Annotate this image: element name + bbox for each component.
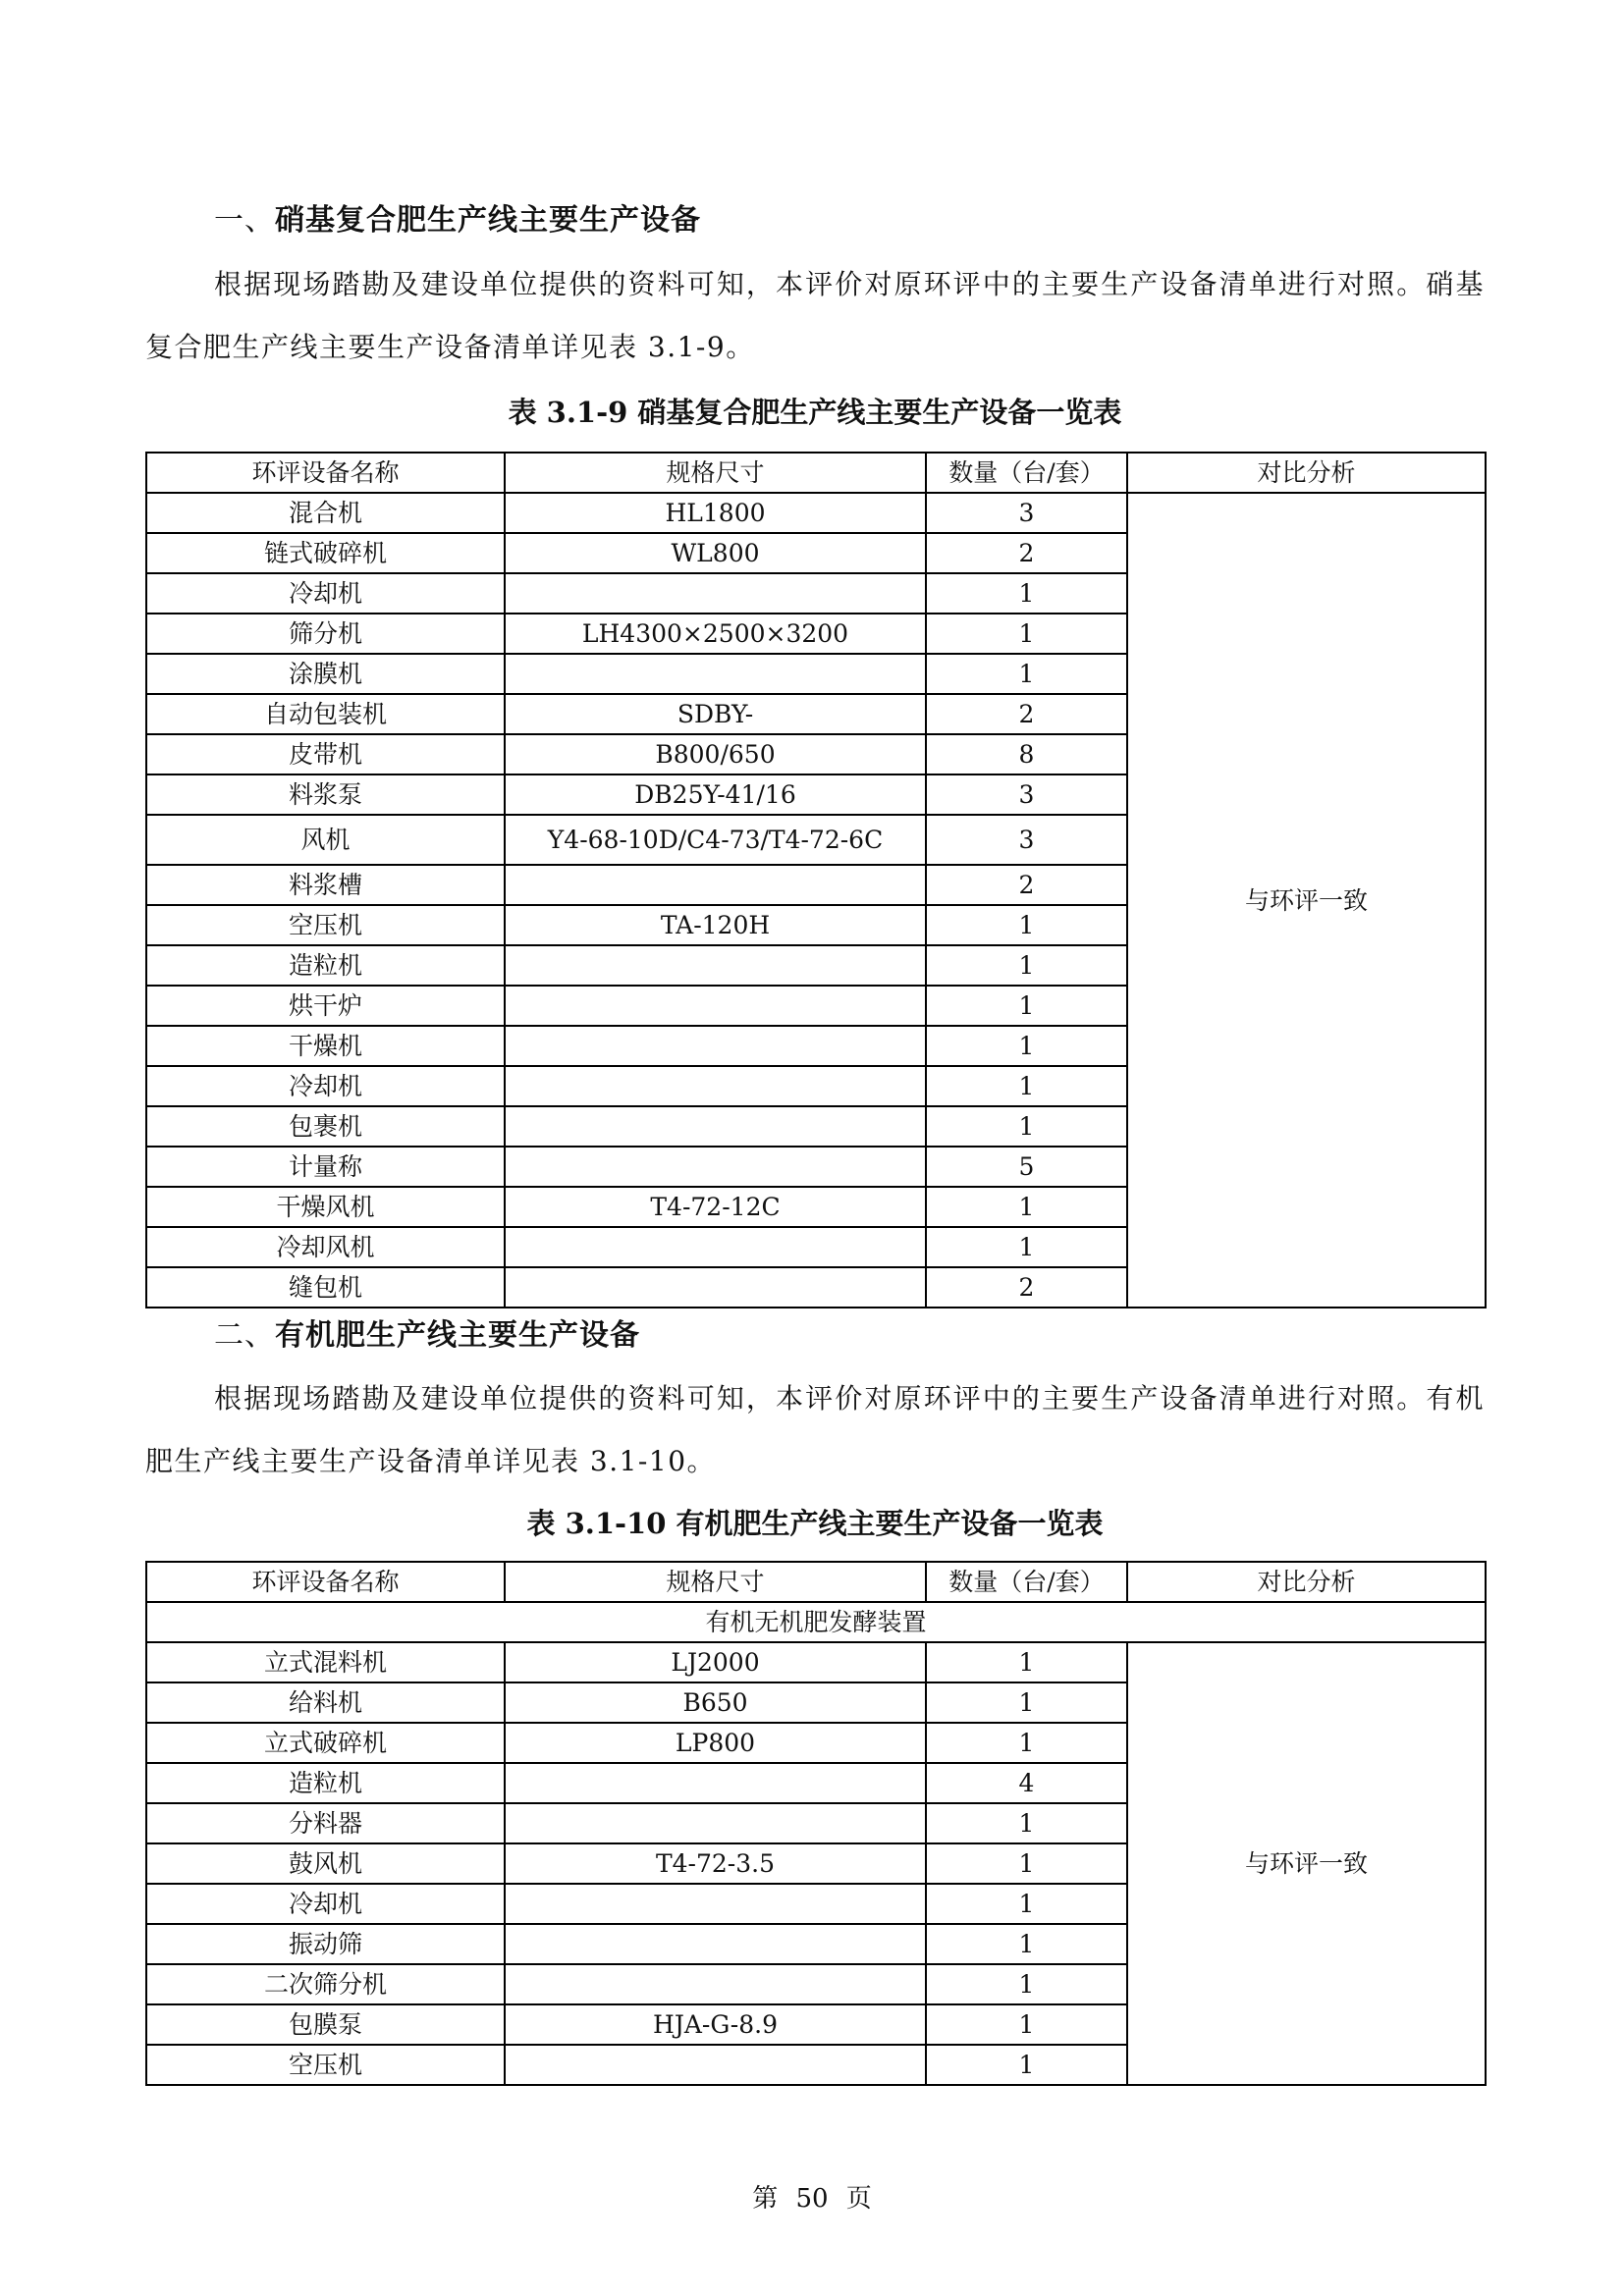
quantity-cell: 1	[926, 1187, 1127, 1227]
header-specification: 规格尺寸	[505, 1562, 926, 1602]
table-2-equipment: 环评设备名称 规格尺寸 数量（台/套） 对比分析 有机无机肥发酵装置 立式混料机…	[145, 1561, 1487, 2086]
table-1-caption: 表 3.1-9 硝基复合肥生产线主要生产设备一览表	[145, 393, 1485, 432]
quantity-cell: 1	[926, 1884, 1127, 1924]
specification-cell: HJA-G-8.9	[505, 2004, 926, 2045]
specification-cell: LP800	[505, 1723, 926, 1763]
specification-cell	[505, 1227, 926, 1267]
section-1-number: 一、	[214, 203, 275, 238]
group-label: 有机无机肥发酵装置	[146, 1602, 1486, 1642]
header-quantity: 数量（台/套）	[926, 453, 1127, 493]
equipment-name-cell: 料浆槽	[146, 865, 505, 905]
specification-cell: B800/650	[505, 734, 926, 774]
equipment-name-cell: 自动包装机	[146, 694, 505, 734]
header-equipment-name: 环评设备名称	[146, 453, 505, 493]
section-1-title: 硝基复合肥生产线主要生产设备	[275, 203, 701, 238]
equipment-name-cell: 造粒机	[146, 1763, 505, 1803]
table-2-group-row: 有机无机肥发酵装置	[146, 1602, 1486, 1642]
equipment-name-cell: 立式破碎机	[146, 1723, 505, 1763]
quantity-cell: 1	[926, 614, 1127, 654]
section-2-heading: 二、有机肥生产线主要生产设备	[214, 1316, 640, 1356]
specification-cell	[505, 865, 926, 905]
comparison-cell: 与环评一致	[1127, 493, 1486, 1308]
equipment-name-cell: 冷却机	[146, 1884, 505, 1924]
equipment-name-cell: 包膜泵	[146, 2004, 505, 2045]
equipment-name-cell: 空压机	[146, 905, 505, 945]
equipment-name-cell: 空压机	[146, 2045, 505, 2085]
equipment-name-cell: 缝包机	[146, 1267, 505, 1308]
header-equipment-name: 环评设备名称	[146, 1562, 505, 1602]
specification-cell	[505, 1884, 926, 1924]
specification-cell: T4-72-12C	[505, 1187, 926, 1227]
equipment-name-cell: 立式混料机	[146, 1642, 505, 1682]
quantity-cell: 1	[926, 1026, 1127, 1066]
quantity-cell: 5	[926, 1147, 1127, 1187]
specification-cell	[505, 2045, 926, 2085]
section-1-heading: 一、硝基复合肥生产线主要生产设备	[214, 201, 701, 240]
equipment-name-cell: 涂膜机	[146, 654, 505, 694]
specification-cell	[505, 573, 926, 614]
quantity-cell: 1	[926, 573, 1127, 614]
specification-cell: T4-72-3.5	[505, 1843, 926, 1884]
quantity-cell: 3	[926, 774, 1127, 815]
quantity-cell: 1	[926, 2045, 1127, 2085]
section-2-number: 二、	[214, 1318, 275, 1353]
specification-cell	[505, 1267, 926, 1308]
header-comparison: 对比分析	[1127, 453, 1486, 493]
equipment-name-cell: 给料机	[146, 1682, 505, 1723]
specification-cell	[505, 1066, 926, 1106]
specification-cell	[505, 1924, 926, 1964]
quantity-cell: 2	[926, 533, 1127, 573]
quantity-cell: 3	[926, 815, 1127, 865]
quantity-cell: 1	[926, 1682, 1127, 1723]
specification-cell: DB25Y-41/16	[505, 774, 926, 815]
table-row: 混合机HL18003与环评一致	[146, 493, 1486, 533]
equipment-name-cell: 造粒机	[146, 945, 505, 986]
specification-cell: B650	[505, 1682, 926, 1723]
equipment-name-cell: 鼓风机	[146, 1843, 505, 1884]
specification-cell: LH4300×2500×3200	[505, 614, 926, 654]
specification-cell: HL1800	[505, 493, 926, 533]
equipment-name-cell: 包裹机	[146, 1106, 505, 1147]
equipment-name-cell: 混合机	[146, 493, 505, 533]
equipment-name-cell: 冷却风机	[146, 1227, 505, 1267]
header-specification: 规格尺寸	[505, 453, 926, 493]
equipment-name-cell: 料浆泵	[146, 774, 505, 815]
table-2-header-row: 环评设备名称 规格尺寸 数量（台/套） 对比分析	[146, 1562, 1486, 1602]
equipment-name-cell: 分料器	[146, 1803, 505, 1843]
specification-cell	[505, 1803, 926, 1843]
quantity-cell: 2	[926, 694, 1127, 734]
specification-cell	[505, 1964, 926, 2004]
table-1-header-row: 环评设备名称 规格尺寸 数量（台/套） 对比分析	[146, 453, 1486, 493]
quantity-cell: 1	[926, 986, 1127, 1026]
quantity-cell: 1	[926, 654, 1127, 694]
quantity-cell: 3	[926, 493, 1127, 533]
quantity-cell: 1	[926, 1723, 1127, 1763]
equipment-name-cell: 冷却机	[146, 1066, 505, 1106]
equipment-name-cell: 振动筛	[146, 1924, 505, 1964]
equipment-name-cell: 烘干炉	[146, 986, 505, 1026]
specification-cell	[505, 654, 926, 694]
quantity-cell: 1	[926, 1066, 1127, 1106]
quantity-cell: 1	[926, 1924, 1127, 1964]
section-2-paragraph: 根据现场踏勘及建设单位提供的资料可知，本评价对原环评中的主要生产设备清单进行对照…	[145, 1367, 1485, 1493]
quantity-cell: 4	[926, 1763, 1127, 1803]
specification-cell: TA-120H	[505, 905, 926, 945]
specification-cell	[505, 1106, 926, 1147]
equipment-name-cell: 皮带机	[146, 734, 505, 774]
equipment-name-cell: 干燥风机	[146, 1187, 505, 1227]
document-page: 一、硝基复合肥生产线主要生产设备 根据现场踏勘及建设单位提供的资料可知，本评价对…	[0, 0, 1624, 2296]
specification-cell	[505, 1147, 926, 1187]
section-2-title: 有机肥生产线主要生产设备	[275, 1318, 640, 1353]
equipment-name-cell: 冷却机	[146, 573, 505, 614]
quantity-cell: 1	[926, 2004, 1127, 2045]
header-comparison: 对比分析	[1127, 1562, 1486, 1602]
specification-cell: WL800	[505, 533, 926, 573]
equipment-name-cell: 风机	[146, 815, 505, 865]
quantity-cell: 1	[926, 1964, 1127, 2004]
quantity-cell: 1	[926, 1843, 1127, 1884]
specification-cell	[505, 1026, 926, 1066]
table-1-equipment: 环评设备名称 规格尺寸 数量（台/套） 对比分析 混合机HL18003与环评一致…	[145, 452, 1487, 1308]
equipment-name-cell: 干燥机	[146, 1026, 505, 1066]
specification-cell: SDBY-	[505, 694, 926, 734]
quantity-cell: 1	[926, 1642, 1127, 1682]
comparison-cell: 与环评一致	[1127, 1642, 1486, 2085]
header-quantity: 数量（台/套）	[926, 1562, 1127, 1602]
equipment-name-cell: 筛分机	[146, 614, 505, 654]
quantity-cell: 1	[926, 1803, 1127, 1843]
specification-cell	[505, 945, 926, 986]
quantity-cell: 2	[926, 1267, 1127, 1308]
specification-cell	[505, 986, 926, 1026]
equipment-name-cell: 计量称	[146, 1147, 505, 1187]
quantity-cell: 1	[926, 1227, 1127, 1267]
table-2-caption: 表 3.1-10 有机肥生产线主要生产设备一览表	[145, 1504, 1485, 1543]
specification-cell	[505, 1763, 926, 1803]
equipment-name-cell: 二次筛分机	[146, 1964, 505, 2004]
table-row: 立式混料机LJ20001与环评一致	[146, 1642, 1486, 1682]
equipment-name-cell: 链式破碎机	[146, 533, 505, 573]
quantity-cell: 1	[926, 905, 1127, 945]
page-number: 第 50 页	[0, 2179, 1624, 2218]
specification-cell: LJ2000	[505, 1642, 926, 1682]
quantity-cell: 8	[926, 734, 1127, 774]
quantity-cell: 1	[926, 1106, 1127, 1147]
quantity-cell: 1	[926, 945, 1127, 986]
specification-cell: Y4-68-10D/C4-73/T4-72-6C	[505, 815, 926, 865]
section-1-paragraph: 根据现场踏勘及建设单位提供的资料可知，本评价对原环评中的主要生产设备清单进行对照…	[145, 253, 1485, 379]
quantity-cell: 2	[926, 865, 1127, 905]
